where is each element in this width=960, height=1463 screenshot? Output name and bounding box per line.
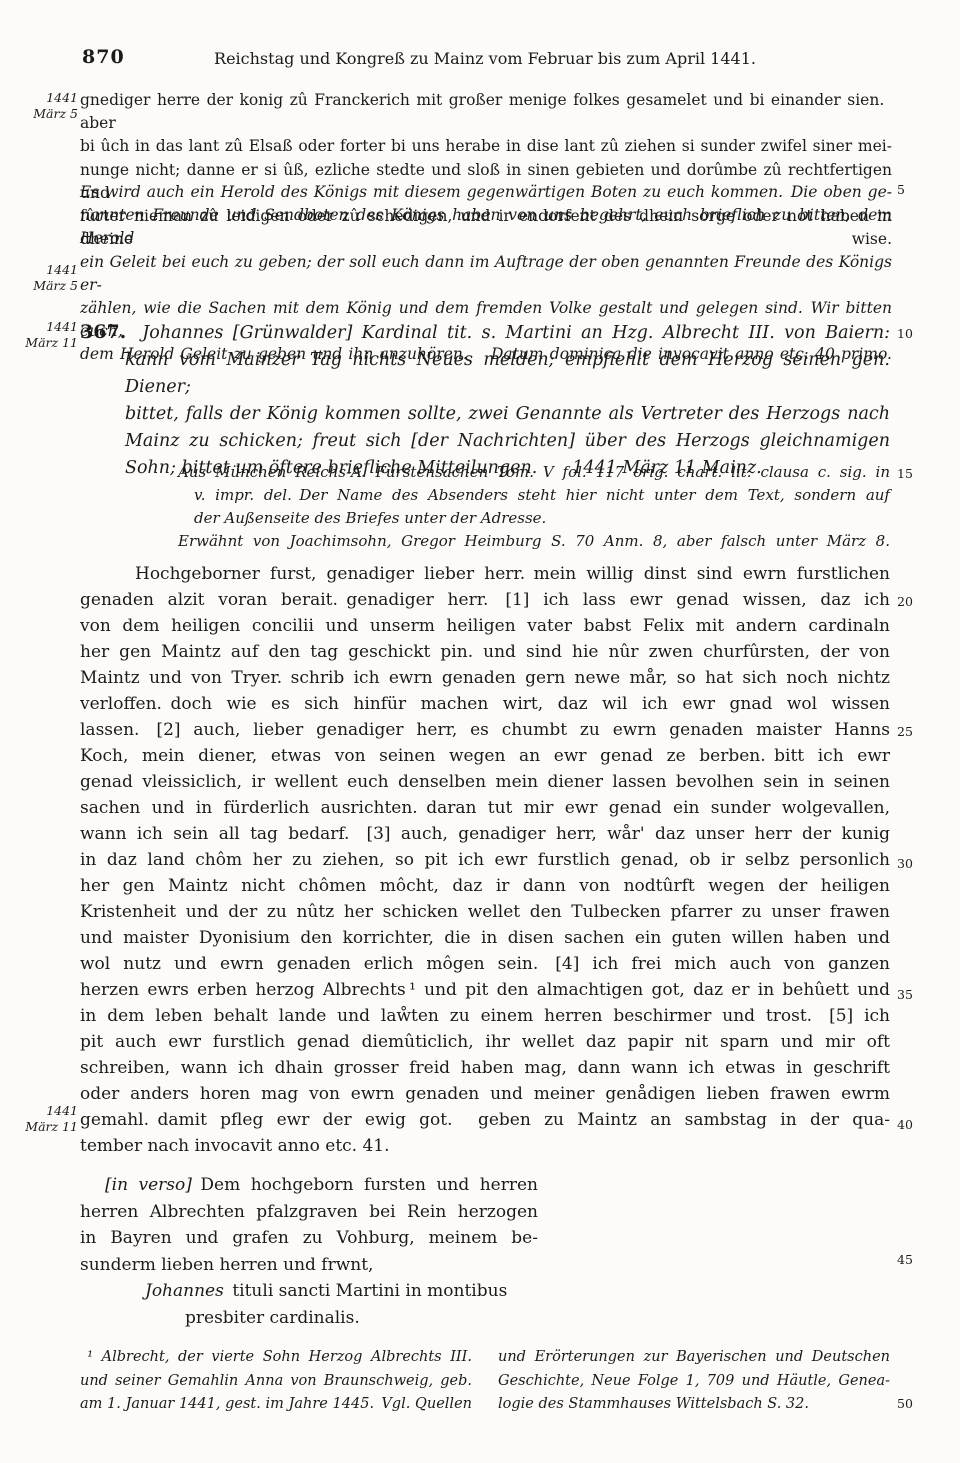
heading-line: kann vom Mainzer Tag nichts Neues melden…	[125, 347, 890, 401]
margin-note: 1441 März 5	[6, 90, 78, 122]
text-line: tember nach invocavit anno etc. 41.	[80, 1133, 890, 1159]
margin-note-year: 1441	[6, 90, 78, 106]
heading-first-line: 367.Johannes [Grünwalder] Kardinal tit. …	[80, 319, 890, 347]
line-number: 25	[897, 724, 925, 739]
text-line: her gen Maintz nicht chômen môcht, daz i…	[80, 873, 890, 899]
document-page: 870 Reichstag und Kongreß zu Mainz vom F…	[0, 0, 960, 1463]
margin-note-date: März 5	[6, 278, 78, 294]
text-line: [in verso] Dem hochgeborn fursten und he…	[80, 1172, 538, 1199]
line-number: 35	[897, 987, 925, 1002]
text-line: Kristenheit und der zu nûtz her schicken…	[80, 899, 890, 925]
footnote-line: ¹ Albrecht, der vierte Sohn Herzog Albre…	[80, 1346, 472, 1370]
text-line: sachen und in fürderlich ausrichten. dar…	[80, 795, 890, 821]
footnote-line: und Erörterungen zur Bayerischen und Deu…	[498, 1346, 890, 1370]
text-line: genaden alzit voran berait. genadiger he…	[80, 587, 890, 613]
text-line: in daz land chôm her zu ziehen, so pit i…	[80, 847, 890, 873]
line-number: 15	[897, 466, 925, 481]
line-number: 45	[897, 1252, 925, 1267]
text-line: wann ich sein all tag bedarf. [3] auch, …	[80, 821, 890, 847]
text-line: Koch, mein diener, etwas von seinen wege…	[80, 743, 890, 769]
text-line: her gen Maintz auf den tag geschickt pin…	[80, 639, 890, 665]
footnote-left-column: ¹ Albrecht, der vierte Sohn Herzog Albre…	[80, 1346, 472, 1417]
margin-note: 1441 März 5	[6, 262, 78, 294]
text-line: von dem heiligen concilii und unserm hei…	[80, 613, 890, 639]
text-line: wol nutz und ewrn genaden erlich môgen s…	[80, 951, 890, 977]
margin-note-date: März 5	[6, 106, 78, 122]
signature: Johannes tituli sancti Martini in montib…	[80, 1278, 538, 1305]
text-line: lassen. [2] auch, lieber genadiger herr,…	[80, 717, 890, 743]
footnote-line: Geschichte, Neue Folge 1, 709 und Häutle…	[498, 1370, 890, 1394]
text-line: nannten Freunde und Sendboten des Königs…	[80, 204, 892, 250]
text-line: Es wird auch ein Herold des Königs mit d…	[80, 181, 892, 204]
margin-note: 1441 März 11	[6, 1103, 78, 1135]
text-line: Aus München Reichs-A. Fürstensachen Tom.…	[178, 461, 890, 484]
text-line: gemahl. damit pfleg ewr der ewig got. ge…	[80, 1107, 890, 1133]
record-367-heading: 367.Johannes [Grünwalder] Kardinal tit. …	[80, 319, 890, 482]
signature-title: tituli sancti Martini in montibus	[224, 1281, 507, 1301]
signature-name: Johannes	[145, 1281, 224, 1301]
margin-note-year: 1441	[6, 1103, 78, 1119]
heading-line: bittet, falls der König kommen sollte, z…	[125, 401, 890, 428]
footnote-line: logie des Stammhauses Wittelsbach S. 32.	[498, 1393, 890, 1417]
text-line: und maister Dyonisium den korrichter, di…	[80, 925, 890, 951]
line-number: 40	[897, 1117, 925, 1132]
text-line: sunderm lieben herren und frwnt,	[80, 1252, 538, 1279]
text-line: v. impr. del. Der Name des Absenders ste…	[178, 484, 890, 507]
text-line: ein Geleit bei euch zu geben; der soll e…	[80, 251, 892, 297]
text-line: Hochgeborner furst, genadiger lieber her…	[80, 561, 890, 587]
text-line: herren Albrechten pfalzgraven bei Rein h…	[80, 1199, 538, 1226]
text-line: schreiben, wann ich dhain grosser freid …	[80, 1055, 890, 1081]
margin-note-date: März 11	[6, 335, 78, 351]
footnote-right-column: und Erörterungen zur Bayerischen und Deu…	[498, 1346, 890, 1417]
text-line: in Bayren und grafen zu Vohburg, meinem …	[80, 1225, 538, 1252]
line-number: 10	[897, 326, 925, 341]
text-line: pit auch ewr furstlich genad diemûticlic…	[80, 1029, 890, 1055]
margin-note: 1441 März 11	[6, 319, 78, 351]
signature-line: presbiter cardinalis.	[80, 1305, 538, 1332]
margin-note-year: 1441	[6, 262, 78, 278]
line-number: 20	[897, 594, 925, 609]
footnote-line: und seiner Gemahlin Anna von Braunschwei…	[80, 1370, 472, 1394]
text-line: genad vleissiclich, ir wellent euch dens…	[80, 769, 890, 795]
text-line: bi ûch in das lant zû Elsaß oder forter …	[80, 135, 892, 158]
text-line: in dem leben behalt lande und laẘten zu …	[80, 1003, 890, 1029]
line-number: 5	[897, 182, 925, 197]
heading-text: Johannes [Grünwalder] Kardinal tit. s. M…	[142, 323, 890, 343]
record-number: 367.	[80, 321, 126, 343]
text-line: Maintz und von Tryer. schrib ich ewrn ge…	[80, 665, 890, 691]
text-line: der Außenseite des Briefes unter der Adr…	[178, 507, 890, 530]
line-number: 30	[897, 856, 925, 871]
running-title: Reichstag und Kongreß zu Mainz vom Febru…	[80, 49, 890, 68]
text-line: herzen ewrs erben herzog Albrechts ¹ und…	[80, 977, 890, 1003]
line-number: 50	[897, 1396, 925, 1411]
margin-note-date: März 11	[6, 1119, 78, 1135]
verso-address: [in verso] Dem hochgeborn fursten und he…	[80, 1172, 538, 1331]
verso-label: [in verso]	[105, 1175, 192, 1195]
text-line: gnediger herre der konig zû Franckerich …	[80, 89, 892, 135]
heading-line: Mainz zu schicken; freut sich [der Nachr…	[125, 428, 890, 455]
text-line: oder anders horen mag von ewrn genaden u…	[80, 1081, 890, 1107]
text-line: verloffen. doch wie es sich hinfür mache…	[80, 691, 890, 717]
footnote-line: am 1. Januar 1441, gest. im Jahre 1445. …	[80, 1393, 472, 1417]
verso-text: Dem hochgeborn fursten und herren	[192, 1175, 538, 1195]
margin-note-year: 1441	[6, 319, 78, 335]
letter-body: Hochgeborner furst, genadiger lieber her…	[80, 561, 890, 1159]
text-line: Erwähnt von Joachimsohn, Gregor Heimburg…	[178, 530, 890, 553]
source-note: Aus München Reichs-A. Fürstensachen Tom.…	[178, 461, 890, 553]
